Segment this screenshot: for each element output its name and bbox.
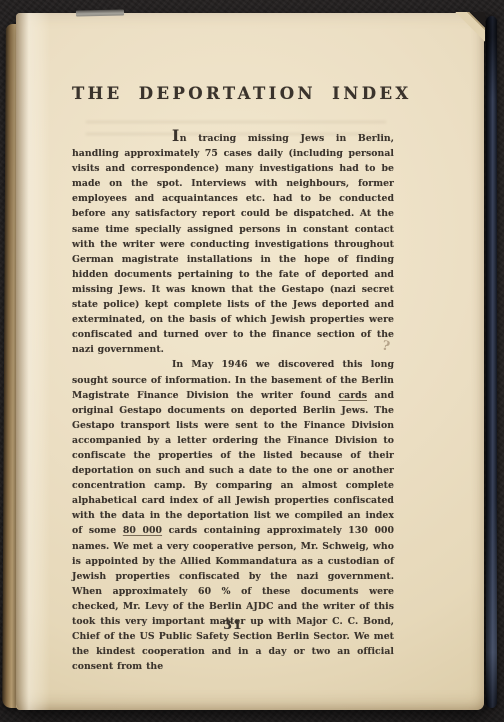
book-cover-edge [486,16,497,708]
book-page: THE DEPORTATION INDEX In tracing missing… [16,13,484,710]
lead-capital: I [172,126,180,145]
pencil-underlined-text: cards [338,390,367,401]
page-corner-fold [445,12,485,42]
photo-background: THE DEPORTATION INDEX In tracing missing… [0,0,504,722]
page-title: THE DEPORTATION INDEX [72,84,400,103]
page-number: 31 [72,617,394,632]
page-top-tab [76,9,124,16]
body-text-segment: cards containing approximately 130 000 n… [72,525,394,672]
body-text-segment: n tracing missing Jews in Berlin, handli… [72,133,394,355]
body-text-segment: and original Gestapo documents on deport… [72,390,394,537]
page-curl-shading [16,13,50,710]
paragraph-1: In tracing missing Jews in Berlin, handl… [72,131,394,357]
pencil-underlined-text: 80 000 [123,525,162,536]
article-body: In tracing missing Jews in Berlin, handl… [72,131,394,674]
